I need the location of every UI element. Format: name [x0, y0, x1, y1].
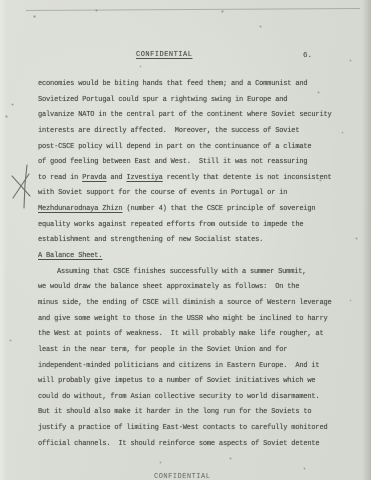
- document-line: least in the near term, for people in th…: [38, 343, 343, 359]
- document-line: justify a practice of limiting East-West…: [38, 421, 343, 437]
- text-segment: justify a practice of limiting East-West…: [38, 424, 328, 432]
- underlined-text: A Balance Sheet.: [38, 252, 102, 260]
- document-line: Assuming that CSCE finishes successfully…: [38, 265, 343, 281]
- document-line: minus side, the ending of CSCE will dimi…: [38, 296, 343, 312]
- document-page: CONFIDENTIAL 6. economies would be bitin…: [0, 0, 371, 480]
- handwritten-x-mark: [6, 162, 36, 212]
- document-line: could do without, from Asian collective …: [38, 390, 343, 406]
- text-segment: Sovietized Portugal could spur a rightwi…: [38, 96, 287, 104]
- document-line: establishment and strengthening of new S…: [38, 233, 343, 249]
- text-segment: could do without, from Asian collective …: [38, 393, 319, 401]
- document-line: will probably give impetus to a number o…: [38, 374, 343, 390]
- document-line: the West at points of weakness. It will …: [38, 327, 343, 343]
- text-segment: official channels. It should reinforce s…: [38, 440, 319, 448]
- document-line: of good feeling between East and West. S…: [38, 155, 343, 171]
- text-segment: economies would be biting hands that fee…: [38, 80, 307, 88]
- page-number: 6.: [303, 52, 312, 60]
- scan-artifact-line: [26, 8, 360, 11]
- document-line: independent-minded politicians and citiz…: [38, 359, 343, 375]
- underlined-text: Mezhdunarodnaya Zhizn: [38, 205, 122, 213]
- document-line: Sovietized Portugal could spur a rightwi…: [38, 93, 343, 109]
- document-line: with Soviet support for the course of ev…: [38, 186, 343, 202]
- section-heading: A Balance Sheet.: [38, 249, 343, 265]
- text-segment: we would draw the balance sheet approxim…: [38, 283, 299, 291]
- document-line: interests are directly affected. Moreove…: [38, 124, 343, 140]
- text-segment: the West at points of weakness. It will …: [38, 330, 323, 338]
- text-segment: But it should also make it harder in the…: [38, 408, 311, 416]
- underlined-text: Pravda: [82, 174, 106, 182]
- document-line: we would draw the balance sheet approxim…: [38, 280, 343, 296]
- classification-header: CONFIDENTIAL: [136, 51, 192, 59]
- document-line: post-CSCE policy will depend in part on …: [38, 140, 343, 156]
- document-line: equality works against repeated efforts …: [38, 218, 343, 234]
- text-segment: independent-minded politicians and citiz…: [38, 362, 319, 370]
- text-segment: equality works against repeated efforts …: [38, 221, 303, 229]
- document-body: economies would be biting hands that fee…: [38, 77, 343, 452]
- underlined-text: Izvestiya: [126, 174, 162, 182]
- document-line: But it should also make it harder in the…: [38, 405, 343, 421]
- scan-edge-right: [362, 0, 371, 480]
- document-line: official channels. It should reinforce s…: [38, 437, 343, 453]
- document-line: galvanize NATO in the central part of th…: [38, 108, 343, 124]
- text-segment: and give some weight to those in the USS…: [38, 315, 328, 323]
- scan-edge-left: [0, 0, 7, 480]
- text-segment: and: [106, 174, 126, 182]
- text-segment: interests are directly affected. Moreove…: [38, 127, 299, 135]
- document-line: to read in Pravda and Izvestiya recently…: [38, 171, 343, 187]
- text-segment: galvanize NATO in the central part of th…: [38, 111, 332, 119]
- document-line: Mezhdunarodnaya Zhizn (number 4) that th…: [38, 202, 343, 218]
- classification-footer: CONFIDENTIAL: [154, 473, 210, 480]
- text-segment: recently that detente is not inconsisten…: [163, 174, 332, 182]
- text-segment: establishment and strengthening of new S…: [38, 236, 263, 244]
- text-segment: with Soviet support for the course of ev…: [38, 189, 287, 197]
- text-segment: will probably give impetus to a number o…: [38, 377, 315, 385]
- text-segment: minus side, the ending of CSCE will dimi…: [38, 299, 332, 307]
- text-segment: of good feeling between East and West. S…: [38, 158, 307, 166]
- text-segment: post-CSCE policy will depend in part on …: [38, 143, 311, 151]
- text-segment: Assuming that CSCE finishes successfully…: [57, 268, 306, 276]
- text-segment: to read in: [38, 174, 82, 182]
- scan-speckles: [0, 0, 1, 1]
- document-line: economies would be biting hands that fee…: [38, 77, 343, 93]
- document-line: and give some weight to those in the USS…: [38, 312, 343, 328]
- text-segment: least in the near term, for people in th…: [38, 346, 287, 354]
- text-segment: (number 4) that the CSCE principle of so…: [122, 205, 315, 213]
